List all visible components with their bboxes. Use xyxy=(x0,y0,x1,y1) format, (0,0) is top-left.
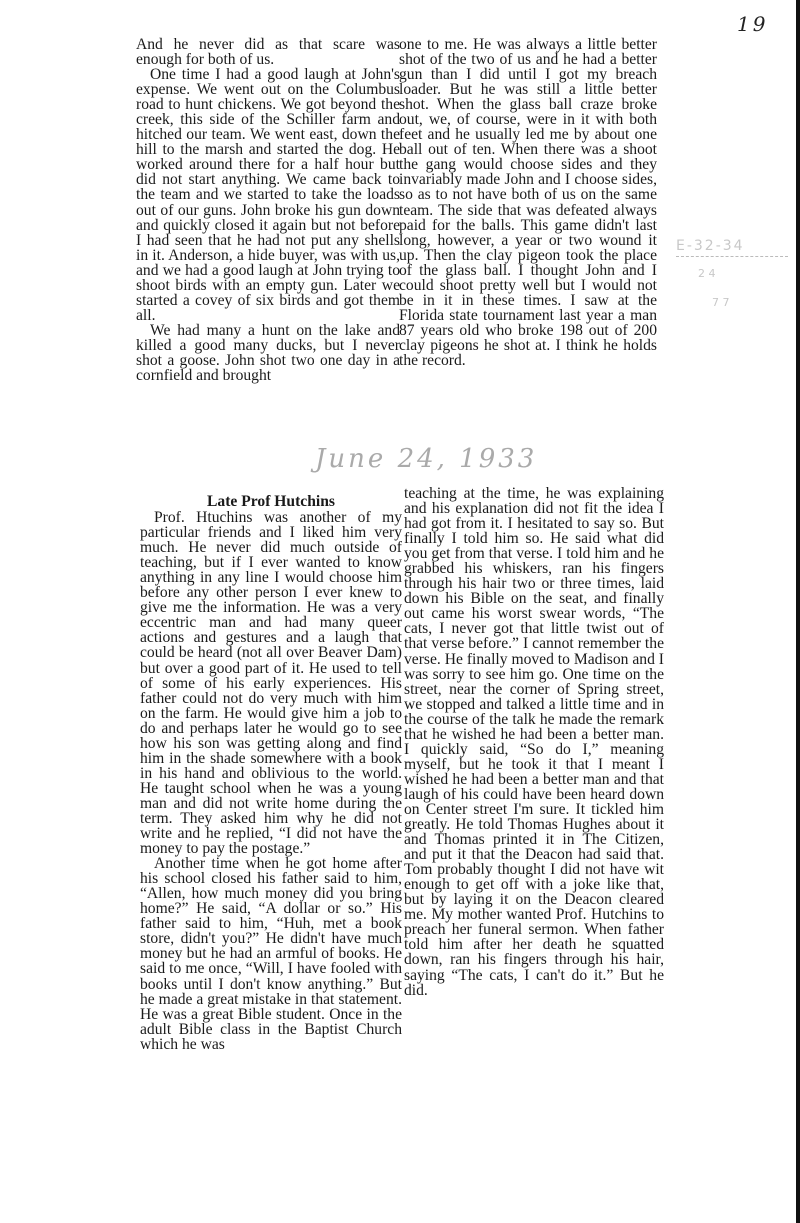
margin-pencil-notation: E-32-34 2 4 7 7 xyxy=(676,238,788,309)
margin-note-line: E-32-34 xyxy=(676,238,788,257)
handwritten-date: June 24, 1933 xyxy=(315,444,537,474)
margin-note-line: 7 7 xyxy=(712,296,788,309)
paragraph: one to me. He was always a little better… xyxy=(399,37,657,368)
newspaper-clipping-page: 19 And he never did as that scare was en… xyxy=(0,0,796,1223)
column-2: one to me. He was always a little better… xyxy=(399,37,657,368)
paragraph: We had many a hunt on the lake and kille… xyxy=(136,323,400,383)
scan-edge-border xyxy=(796,0,800,1223)
paragraph: Another time when he got home after his … xyxy=(140,856,402,1052)
paragraph: teaching at the time, he was explaining … xyxy=(404,486,664,998)
paragraph: Prof. Htuchins was another of my particu… xyxy=(140,510,402,856)
page-number: 19 xyxy=(737,12,768,36)
column-4: teaching at the time, he was explaining … xyxy=(404,486,664,998)
column-3: Late Prof Hutchins Prof. Htuchins was an… xyxy=(140,494,402,1052)
column-1: And he never did as that scare was enoug… xyxy=(136,37,400,383)
paragraph: One time I had a good laugh at John's ex… xyxy=(136,67,400,323)
paragraph: And he never did as that scare was enoug… xyxy=(136,37,400,67)
margin-note-line: 2 4 xyxy=(698,267,788,280)
article-headline: Late Prof Hutchins xyxy=(140,494,402,509)
